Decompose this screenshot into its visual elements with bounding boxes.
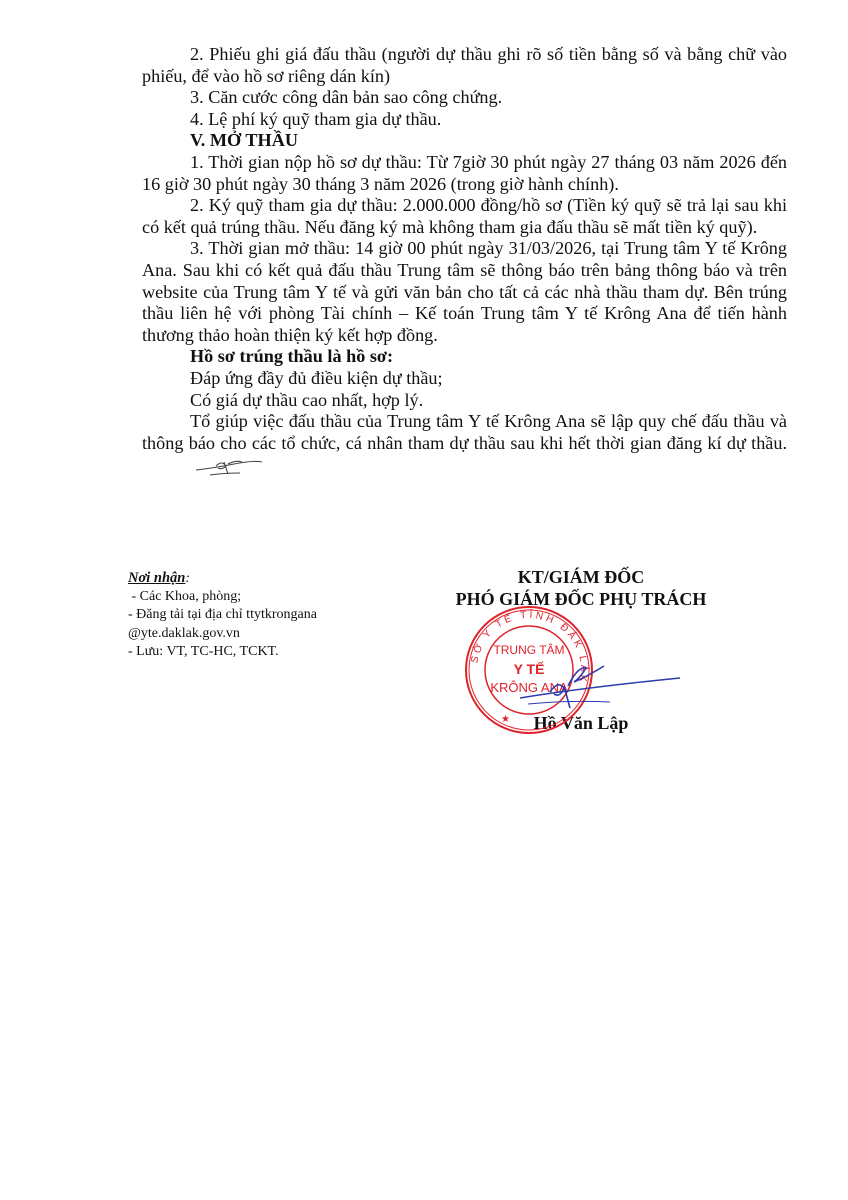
recipient-line: - Lưu: VT, TC-HC, TCKT.	[128, 643, 317, 661]
initial-signature-icon	[146, 454, 264, 482]
item-submission-time: 1. Thời gian nộp hồ sơ dự thầu: Từ 7giờ …	[142, 152, 787, 195]
closing-text: Tổ giúp việc đấu thầu của Trung tâm Y tế…	[142, 411, 787, 453]
director-signature-icon	[510, 650, 690, 720]
winning-criterion: Có giá dự thầu cao nhất, hợp lý.	[142, 390, 787, 412]
recipient-line: - Đăng tải tại địa chỉ ttytkrongana	[128, 606, 317, 624]
recipient-line: - Các Khoa, phòng;	[128, 588, 317, 606]
item-opening-time: 3. Thời gian mở thầu: 14 giờ 00 phút ngà…	[142, 238, 787, 346]
item-deposit-fee: 4. Lệ phí ký quỹ tham gia dự thầu.	[142, 109, 787, 131]
signer-title-1: KT/GIÁM ĐỐC	[425, 566, 737, 588]
svg-text:★: ★	[501, 714, 510, 725]
recipients-title: Nơi nhận	[128, 570, 185, 586]
closing-paragraph: Tổ giúp việc đấu thầu của Trung tâm Y tế…	[142, 411, 787, 482]
recipient-line: @yte.daklak.gov.vn	[128, 625, 317, 643]
item-id-card: 3. Căn cước công dân bản sao công chứng.	[142, 87, 787, 109]
document-body: 2. Phiếu ghi giá đấu thầu (người dự thầu…	[142, 44, 787, 482]
document-page: 2. Phiếu ghi giá đấu thầu (người dự thầu…	[0, 0, 848, 1200]
item-bid-price-form: 2. Phiếu ghi giá đấu thầu (người dự thầu…	[142, 44, 787, 87]
item-deposit-amount: 2. Ký quỹ tham gia dự thầu: 2.000.000 đồ…	[142, 195, 787, 238]
winning-criterion: Đáp ứng đầy đủ điều kiện dự thầu;	[142, 368, 787, 390]
section-v-heading: V. MỞ THẦU	[142, 130, 787, 152]
recipients-block: Nơi nhận: - Các Khoa, phòng; - Đăng tải …	[128, 569, 317, 661]
winning-heading: Hồ sơ trúng thầu là hồ sơ:	[142, 346, 787, 368]
